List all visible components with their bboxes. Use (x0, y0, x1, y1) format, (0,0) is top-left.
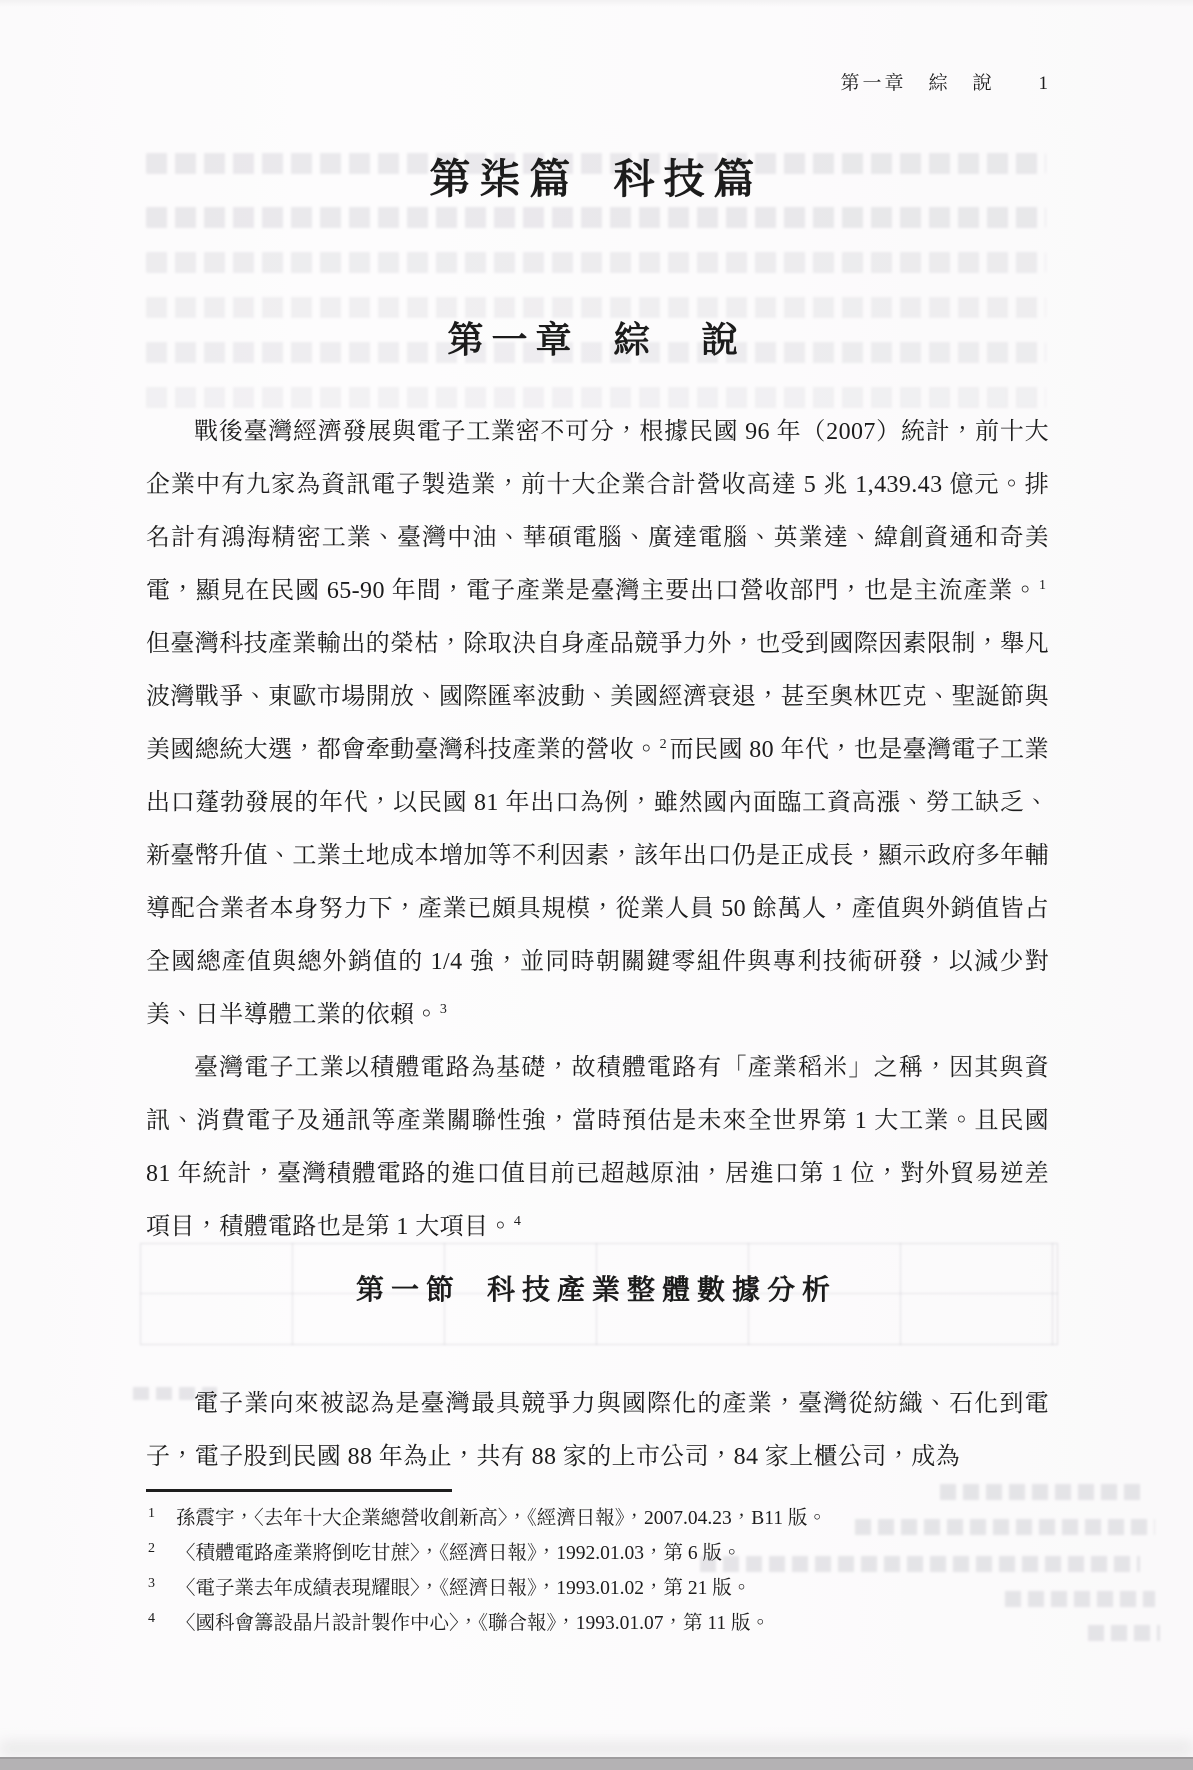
footnote-text: 〈電子業去年成績表現耀眼〉，《經濟日報》，1993.01.02，第 21 版。 (176, 1578, 751, 1599)
bleedthrough-text-line (146, 252, 1046, 273)
chapter-heading-label: 第一章 (447, 320, 579, 360)
part-title: 第柒篇科技篇 (0, 146, 1193, 205)
footnote-ref: 1 (1039, 578, 1046, 593)
part-title-name: 科技篇 (614, 156, 764, 202)
paragraph-text: 而民國 80 年代，也是臺灣電子工業出口蓬勃發展的年代，以民國 81 年出口為例… (146, 737, 1049, 1028)
part-title-label: 第柒篇 (430, 156, 580, 202)
running-header: 第一章 綜 說1 (840, 68, 1048, 95)
paragraph: 電子業向來被認為是臺灣最具競爭力與國際化的產業，臺灣從紡織、石化到電子，電子股到… (146, 1378, 1049, 1484)
footnote: 3〈電子業去年成績表現耀眼〉，《經濟日報》，1993.01.02，第 21 版。 (146, 1571, 1061, 1606)
footnote-ref: 3 (440, 1002, 447, 1017)
document-page: 第一章 綜 說1 第柒篇科技篇 第一章綜 說 戰後臺灣經濟發展與電子工業密不可分… (0, 0, 1193, 1770)
footnote-ref: 4 (514, 1214, 521, 1229)
running-header-title: 第一章 綜 說 (840, 73, 994, 94)
section-heading: 第一節科技產業整體數據分析 (0, 1268, 1193, 1308)
footnote-separator (146, 1489, 452, 1492)
bleedthrough-text-line (146, 207, 1046, 228)
bleedthrough-text-line (146, 387, 1046, 408)
paragraph-text: 電子業向來被認為是臺灣最具競爭力與國際化的產業，臺灣從紡織、石化到電子，電子股到… (146, 1391, 1049, 1470)
paragraph-text: 戰後臺灣經濟發展與電子工業密不可分，根據民國 96 年（2007）統計，前十大企… (146, 419, 1049, 604)
footnote-number: 3 (148, 1566, 155, 1601)
bleedthrough-text (940, 1484, 1140, 1500)
paragraph: 戰後臺灣經濟發展與電子工業密不可分，根據民國 96 年（2007）統計，前十大企… (146, 406, 1049, 1042)
page-top-edge (0, 0, 1193, 7)
footnote: 4〈國科會籌設晶片設計製作中心〉，《聯合報》，1993.01.07，第 11 版… (146, 1606, 1061, 1641)
paragraph-text: 臺灣電子工業以積體電路為基礎，故積體電路有「產業稻米」之稱，因其與資訊、消費電子… (146, 1055, 1049, 1240)
footnote: 1孫震宇，〈去年十大企業總營收創新高〉，《經濟日報》，2007.04.23，B1… (146, 1501, 1061, 1536)
footnote-ref: 2 (660, 737, 667, 752)
section-heading-label: 第一節 (356, 1275, 461, 1306)
chapter-heading: 第一章綜 說 (0, 312, 1193, 363)
page-number: 1 (1039, 73, 1049, 94)
footnote-number: 1 (148, 1496, 155, 1531)
paragraph: 臺灣電子工業以積體電路為基礎，故積體電路有「產業稻米」之稱，因其與資訊、消費電子… (146, 1042, 1049, 1254)
footnote-number: 4 (148, 1601, 155, 1636)
footnote-number: 2 (148, 1531, 155, 1566)
footnotes: 1孫震宇，〈去年十大企業總營收創新高〉，《經濟日報》，2007.04.23，B1… (146, 1501, 1061, 1641)
section-heading-name: 科技產業整體數據分析 (487, 1275, 837, 1306)
footnote: 2〈積體電路產業將倒吃甘蔗〉，《經濟日報》，1992.01.03，第 6 版。 (146, 1536, 1061, 1571)
footnote-text: 〈國科會籌設晶片設計製作中心〉，《聯合報》，1993.01.07，第 11 版。 (176, 1613, 770, 1634)
chapter-heading-name: 綜 說 (614, 320, 746, 360)
footnote-text: 孫震宇，〈去年十大企業總營收創新高〉，《經濟日報》，2007.04.23，B11… (176, 1508, 827, 1529)
footnote-text: 〈積體電路產業將倒吃甘蔗〉，《經濟日報》，1992.01.03，第 6 版。 (176, 1543, 742, 1564)
bleedthrough-text (1088, 1625, 1160, 1641)
scanner-edge-band (0, 1759, 1193, 1770)
